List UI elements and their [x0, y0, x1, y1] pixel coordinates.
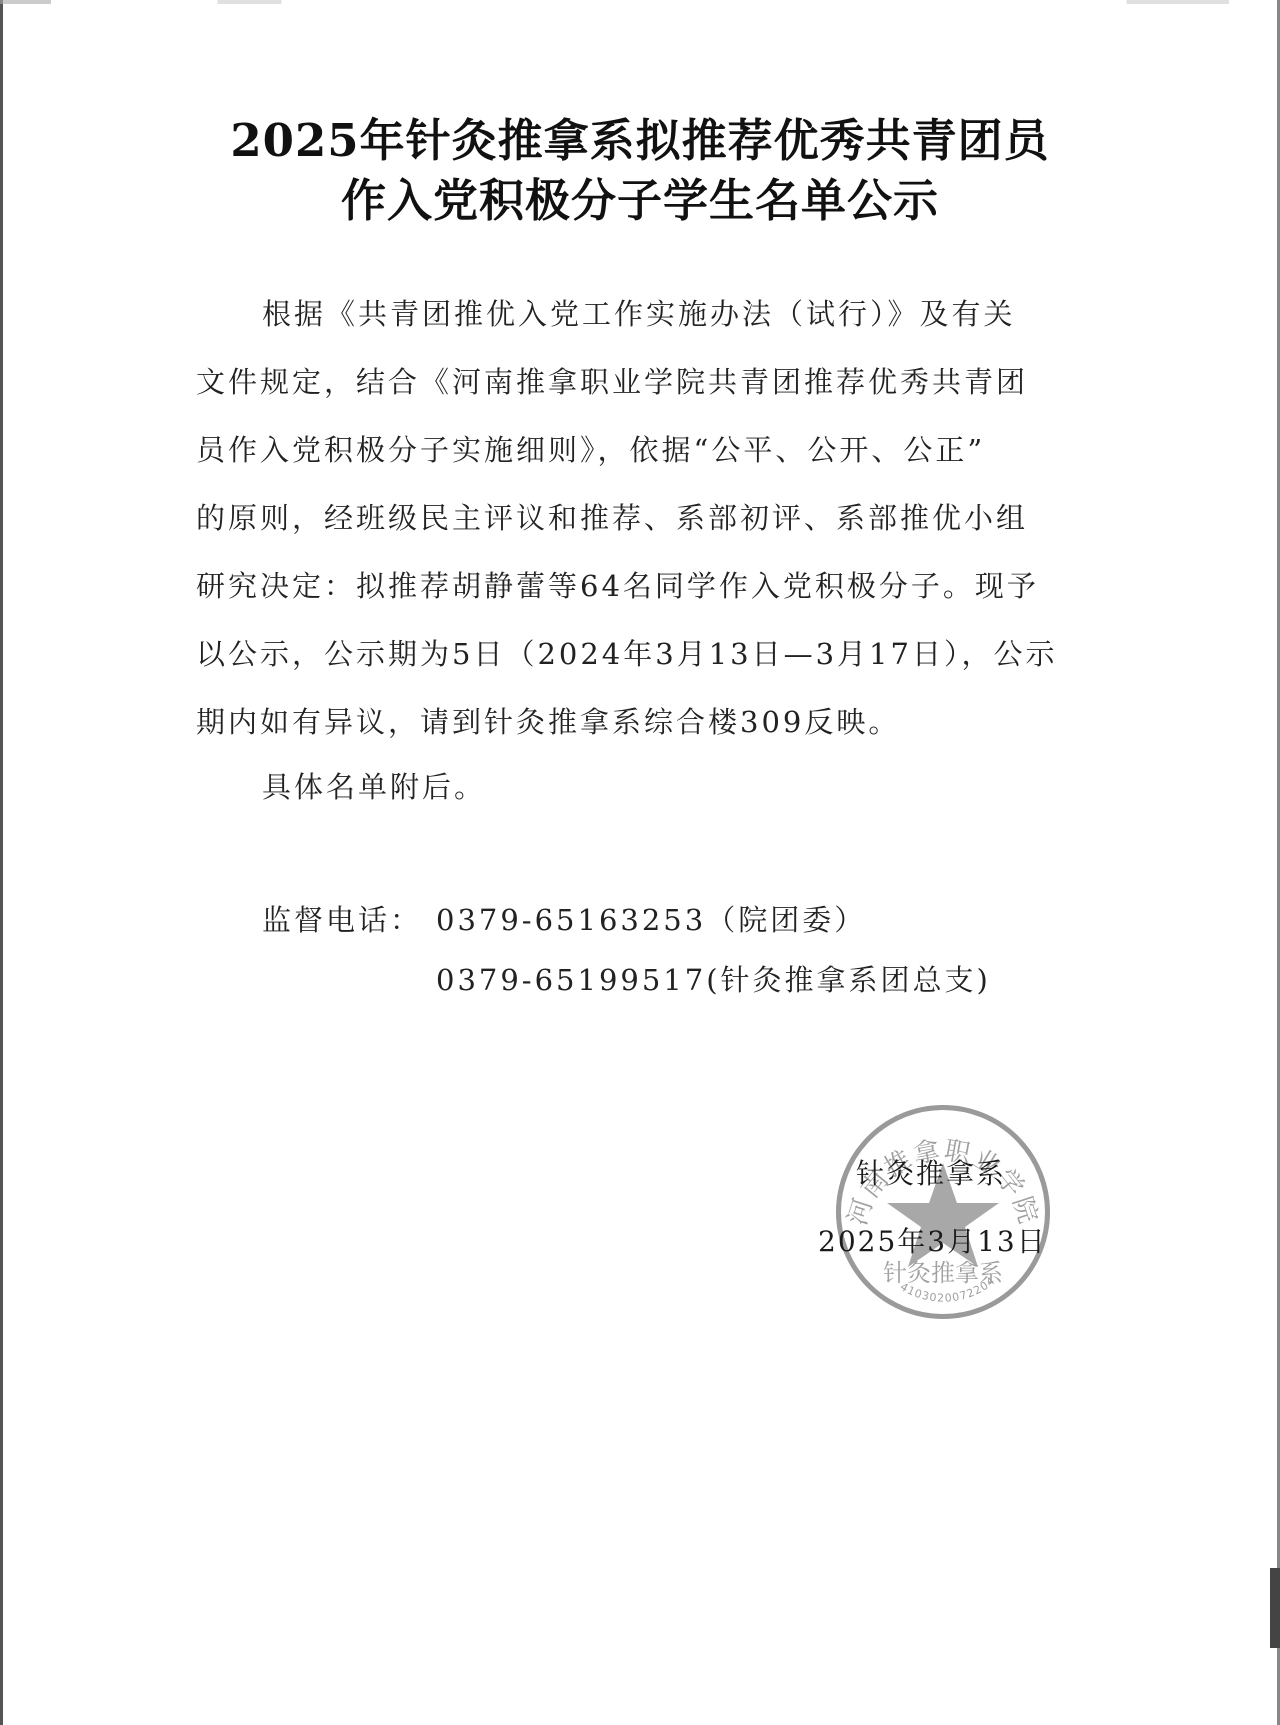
contact-phone-2: 0379-65199517(针灸推拿系团总支)	[436, 958, 991, 999]
contact-label: 监督电话：	[262, 898, 422, 939]
signature-department: 针灸推拿系	[856, 1152, 1006, 1192]
scan-top-smudge	[0, 0, 1280, 4]
body-line-3: 员作入党积极分子实施细则》，依据“公平、公开、公正”	[196, 428, 985, 469]
scan-edge-left	[0, 0, 3, 1725]
official-seal: 河南推拿职业学院 针灸推拿系 4103020072204	[836, 1105, 1050, 1319]
seal-graphic: 河南推拿职业学院 针灸推拿系 4103020072204	[836, 1105, 1050, 1319]
contact-phone-1: 0379-65163253（院团委）	[436, 898, 866, 939]
scan-edge-mark	[1270, 1568, 1280, 1648]
attachment-note: 具体名单附后。	[262, 765, 486, 806]
body-line-4: 的原则，经班级民主评议和推荐、系部初评、系部推优小组	[196, 496, 1028, 537]
body-line-5: 研究决定：拟推荐胡静蕾等64名同学作入党积极分子。现予	[196, 564, 1039, 605]
document-title-line2: 作入党积极分子学生名单公示	[0, 164, 1280, 229]
body-line-2: 文件规定，结合《河南推拿职业学院共青团推荐优秀共青团	[196, 360, 1028, 401]
body-line-6: 以公示，公示期为5日（2024年3月13日—3月17日），公示	[196, 632, 1057, 673]
body-line-1: 根据《共青团推优入党工作实施办法（试行）》及有关	[262, 292, 1016, 333]
signature-date: 2025年3月13日	[818, 1220, 1047, 1260]
document-title-line1: 2025年针灸推拿系拟推荐优秀共青团员	[0, 104, 1280, 169]
body-line-7: 期内如有异议，请到针灸推拿系综合楼309反映。	[196, 700, 900, 741]
